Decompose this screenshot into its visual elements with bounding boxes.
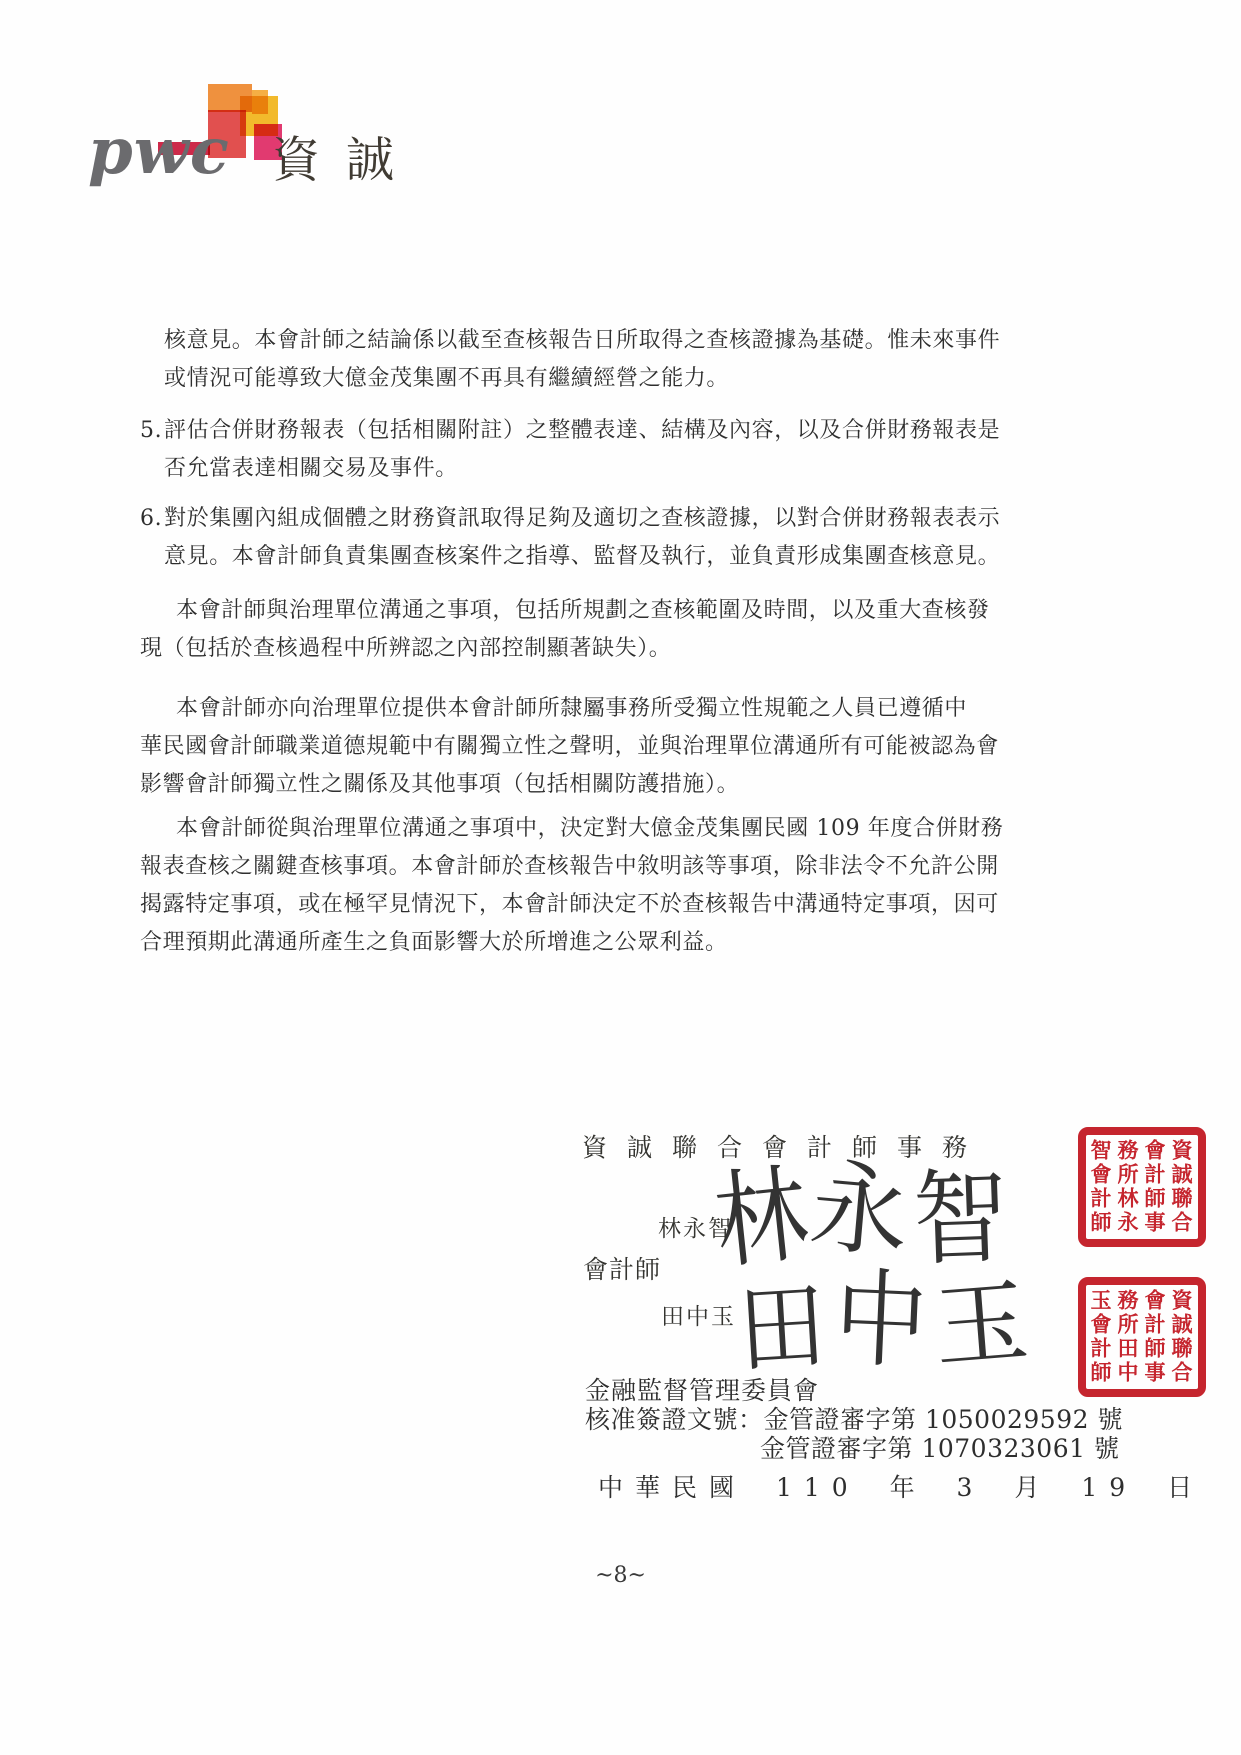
report-body: 核意見。本會計師之結論係以截至查核報告日所取得之查核證據為基礎。惟未來事件 或情… xyxy=(140,322,1024,962)
body-line: 本會計師亦向治理單位提供本會計師所隸屬事務所受獨立性規範之人員已遵循中 xyxy=(140,690,1024,728)
brand-name-cjk: 資誠 xyxy=(272,136,420,184)
list-item-5: 5.評估合併財務報表（包括相關附註）之整體表達、結構及內容，以及合併財務報表是 xyxy=(140,412,1024,450)
list-marker: 6. xyxy=(140,500,162,538)
pwc-wordmark: pwc xyxy=(88,120,230,184)
body-line: 報表查核之關鍵查核事項。本會計師於查核報告中敘明該等事項，除非法令不允許公開 xyxy=(140,848,1024,886)
accountant1-printed-name: 林永智 xyxy=(658,1210,733,1243)
body-line: 影響會計師獨立性之關係及其他事項（包括相關防護措施）。 xyxy=(140,766,1024,804)
accountant2-printed-name: 田中玉 xyxy=(661,1298,736,1331)
accountant2-red-seal: 資誠聯合會計師事務所田中玉會計師 xyxy=(1078,1277,1206,1397)
audit-report-page: pwc 資誠 核意見。本會計師之結論係以截至查核報告日所取得之查核證據為基礎。惟… xyxy=(0,0,1241,1755)
list-item-6: 6.對於集團內組成個體之財務資訊取得足夠及適切之查核證據，以對合併財務報表表示 xyxy=(140,500,1024,538)
body-line: 意見。本會計師負責集團查核案件之指導、監督及執行，並負責形成集團查核意見。 xyxy=(140,538,1024,576)
body-line: 揭露特定事項，或在極罕見情況下，本會計師決定不於查核報告中溝通特定事項，因可 xyxy=(140,886,1024,924)
accountant2-handwritten-signature: 田中玉 xyxy=(734,1251,1035,1386)
body-line: 或情況可能導致大億金茂集團不再具有繼續經營之能力。 xyxy=(140,360,1024,398)
report-date: 中華民國 110 年 3 月 19 日 xyxy=(598,1468,1204,1504)
body-line: 華民國會計師職業道德規範中有關獨立性之聲明，並與治理單位溝通所有可能被認為會 xyxy=(140,728,1024,766)
page-number: ~8~ xyxy=(0,1563,1241,1588)
body-line: 合理預期此溝通所產生之負面影響大於所增進之公眾利益。 xyxy=(140,924,1024,962)
body-line: 核意見。本會計師之結論係以截至查核報告日所取得之查核證據為基礎。惟未來事件 xyxy=(140,322,1024,360)
accountant-label: 會計師 xyxy=(583,1250,661,1286)
body-line: 否允當表達相關交易及事件。 xyxy=(140,450,1024,488)
approval-number-line2: 金管證審字第 1070323061 號 xyxy=(760,1429,1119,1465)
body-line: 本會計師從與治理單位溝通之事項中，決定對大億金茂集團民國 109 年度合併財務 xyxy=(140,810,1024,848)
list-marker: 5. xyxy=(140,412,162,450)
body-line: 評估合併財務報表（包括相關附註）之整體表達、結構及內容，以及合併財務報表是 xyxy=(164,418,1000,443)
body-line: 本會計師與治理單位溝通之事項，包括所規劃之查核範圍及時間，以及重大查核發 xyxy=(140,592,1024,630)
seal1-text: 資誠聯合會計師事務所林永智會計師 xyxy=(1087,1135,1197,1235)
body-line: 對於集團內組成個體之財務資訊取得足夠及適切之查核證據，以對合併財務報表表示 xyxy=(164,506,1000,531)
body-line: 現（包括於查核過程中所辨認之內部控制顯著缺失）。 xyxy=(140,630,1024,668)
accountant1-red-seal: 資誠聯合會計師事務所林永智會計師 xyxy=(1078,1127,1206,1247)
seal2-text: 資誠聯合會計師事務所田中玉會計師 xyxy=(1087,1285,1197,1385)
